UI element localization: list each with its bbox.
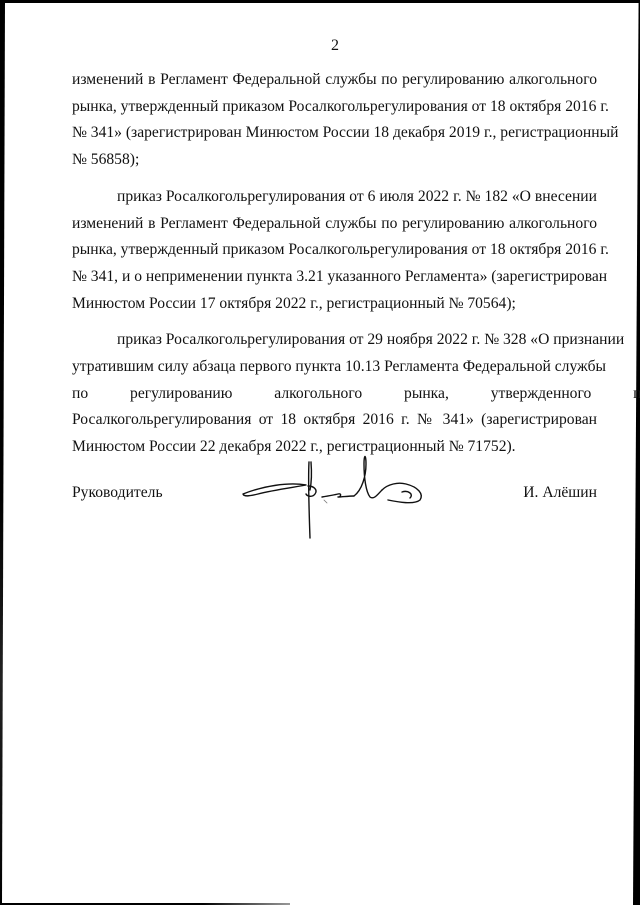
document-body: изменений в Регламент Федеральной службы…: [72, 67, 597, 461]
text-line: № 341» (зарегистрирован Минюстом России …: [72, 120, 597, 147]
paragraph-1: изменений в Регламент Федеральной службы…: [72, 67, 597, 174]
paragraph-3: приказ Росалкогольрегулирования от 29 но…: [72, 327, 597, 461]
signatory-title: Руководитель: [72, 484, 163, 502]
scan-border-top: [0, 0, 640, 3]
text-line: Росалкогольрегулирования от 18 октября 2…: [72, 407, 597, 434]
text-line: Минюстом России 17 октября 2022 г., реги…: [72, 291, 597, 318]
signatory-name: И. Алёшин: [523, 484, 597, 502]
handwritten-signature-icon: [238, 450, 438, 545]
scan-border-left: [0, 0, 5, 905]
text-line: рынка, утвержденный приказом Росалкоголь…: [72, 94, 597, 121]
text-line: утратившим силу абзаца первого пункта 10…: [72, 354, 597, 381]
text-line: приказ Росалкогольрегулирования от 29 но…: [72, 327, 597, 354]
text-line: изменений в Регламент Федеральной службы…: [72, 67, 597, 94]
text-line: изменений в Регламент Федеральной службы…: [72, 211, 597, 238]
text-line: № 56858);: [72, 147, 597, 174]
text-line: по регулированию алкогольного рынка, утв…: [72, 381, 597, 408]
text-line: приказ Росалкогольрегулирования от 6 июл…: [72, 184, 597, 211]
text-line: рынка, утвержденный приказом Росалкоголь…: [72, 237, 597, 264]
paragraph-2: приказ Росалкогольрегулирования от 6 июл…: [72, 184, 597, 318]
text-line: № 341, и о неприменении пункта 3.21 указ…: [72, 264, 597, 291]
page-number: 2: [0, 37, 640, 55]
scan-border-right: [633, 0, 640, 905]
